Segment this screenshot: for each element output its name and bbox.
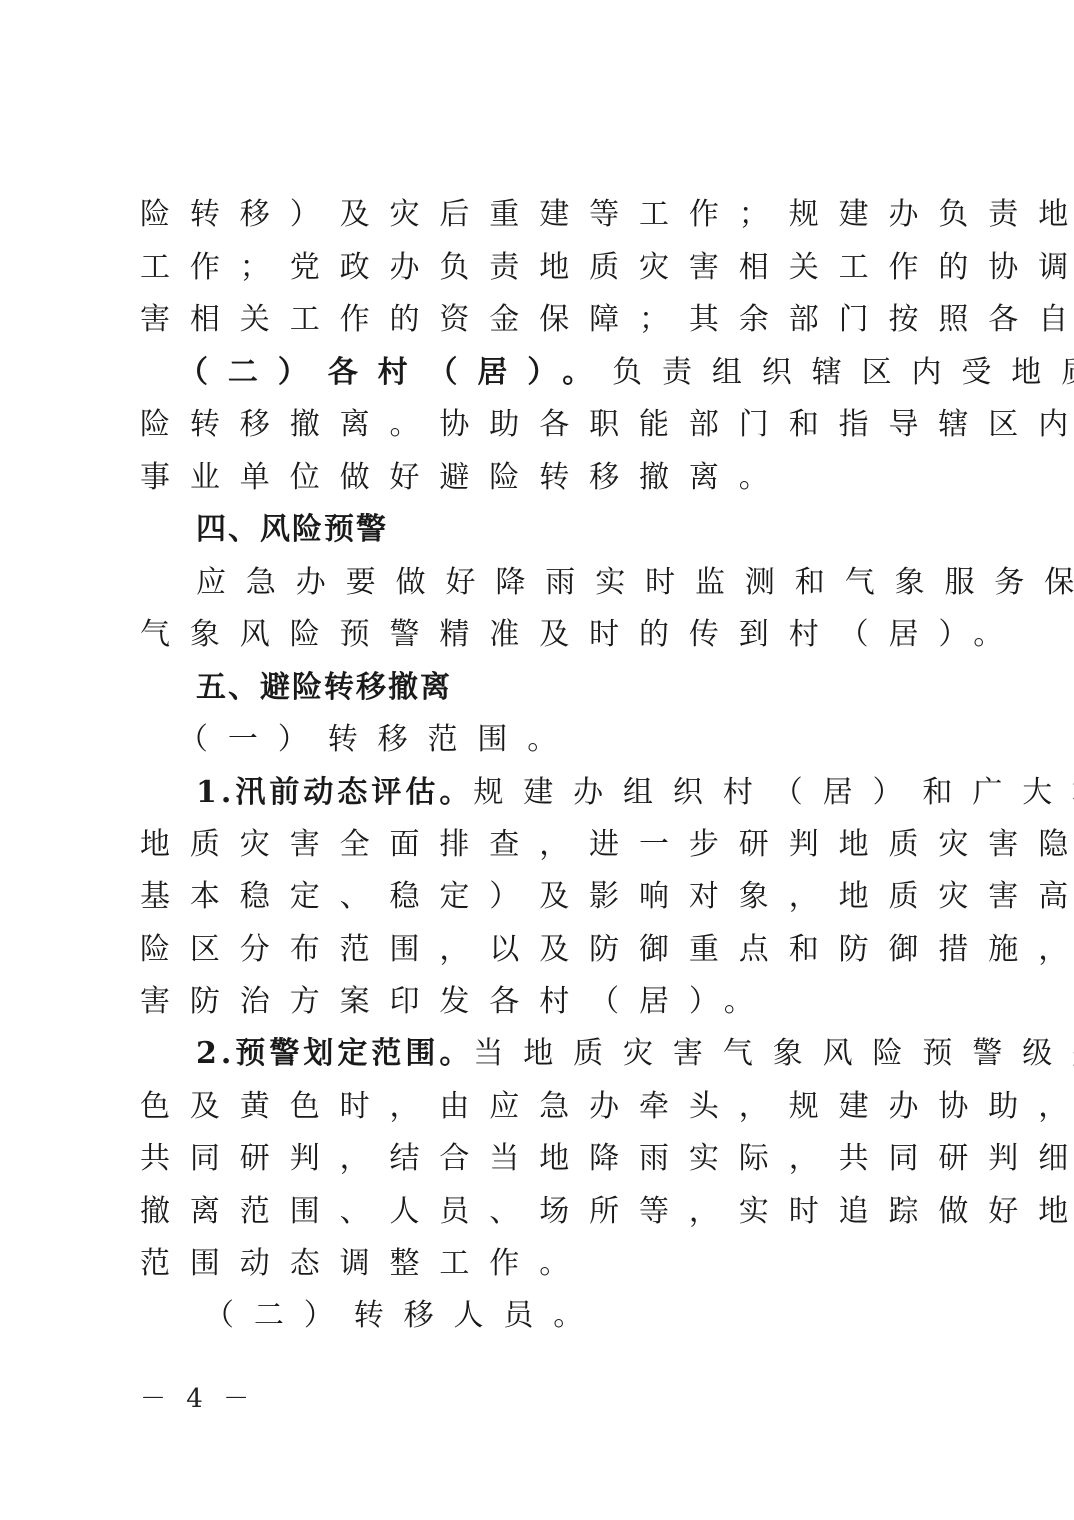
item-1-label: 1.汛前动态评估。	[196, 775, 473, 810]
paragraph-line: 气象风险预警精准及时的传到村（居）。	[140, 615, 940, 655]
section-4-heading: 四、风险预警	[196, 510, 996, 550]
paragraph-line: 应急办要做好降雨实时监测和气象服务保障，确保地质灾害	[196, 563, 996, 603]
subsection-2-heading: （二）转移人员。	[204, 1296, 1004, 1336]
paragraph-line: 害相关工作的资金保障；其余部门按照各自职责落实工作。	[140, 300, 940, 340]
item-1-line: 1.汛前动态评估。规建办组织村（居）和广大群众开展汛前	[196, 773, 996, 813]
item-2-label: 2.预警划定范围。	[196, 1036, 473, 1071]
section-5-heading: 五、避险转移撤离	[196, 668, 996, 708]
paragraph-line: 共同研判，结合当地降雨实际，共同研判细化地质灾害避险转移	[140, 1139, 940, 1179]
paragraph-line: 范围动态调整工作。	[140, 1244, 940, 1284]
paragraph-line: 险区分布范围，以及防御重点和防御措施，汛前纳入年度地质灾	[140, 930, 940, 970]
item-1-text: 规建办组织村（居）和广大群众开展汛前	[473, 775, 1074, 810]
section-villages-heading: （二）各村（居）。	[178, 355, 612, 390]
paragraph-line: 险转移撤离。协助各职能部门和指导辖区内受地质灾害威胁的企	[140, 405, 940, 445]
item-2-text: 当地质灾害气象风险预警级别为红色、橙	[473, 1036, 1074, 1071]
paragraph-line: 基本稳定、稳定）及影响对象，地质灾害高易发区、高和极高风	[140, 877, 940, 917]
paragraph-line: 工作；党政办负责地质灾害相关工作的协调；财政办负责地质灾	[140, 248, 940, 288]
item-2-line: 2.预警划定范围。当地质灾害气象风险预警级别为红色、橙	[196, 1034, 996, 1074]
section-villages-line: （二）各村（居）。负责组织辖区内受地质灾害威胁群众避	[178, 353, 978, 393]
section-villages-text: 负责组织辖区内受地质灾害威胁群众避	[612, 355, 1074, 390]
paragraph-line: 色及黄色时，由应急办牵头，规建办协助，其他部门及村（居）	[140, 1087, 940, 1127]
page-number: － 4 －	[140, 1378, 255, 1415]
subsection-1-heading: （一）转移范围。	[178, 720, 978, 760]
paragraph-line: 撤离范围、人员、场所等，实时追踪做好地质灾害避险转移撤离	[140, 1192, 940, 1232]
paragraph-line: 险转移）及灾后重建等工作；规建办负责地质灾害的监测及治理	[140, 195, 940, 235]
document-page: 险转移）及灾后重建等工作；规建办负责地质灾害的监测及治理 工作；党政办负责地质灾…	[0, 0, 1074, 1520]
paragraph-line: 事业单位做好避险转移撤离。	[140, 458, 940, 498]
paragraph-line: 地质灾害全面排查，进一步研判地质灾害隐患点稳定性（不稳定、	[140, 825, 940, 865]
paragraph-line: 害防治方案印发各村（居）。	[140, 982, 940, 1022]
